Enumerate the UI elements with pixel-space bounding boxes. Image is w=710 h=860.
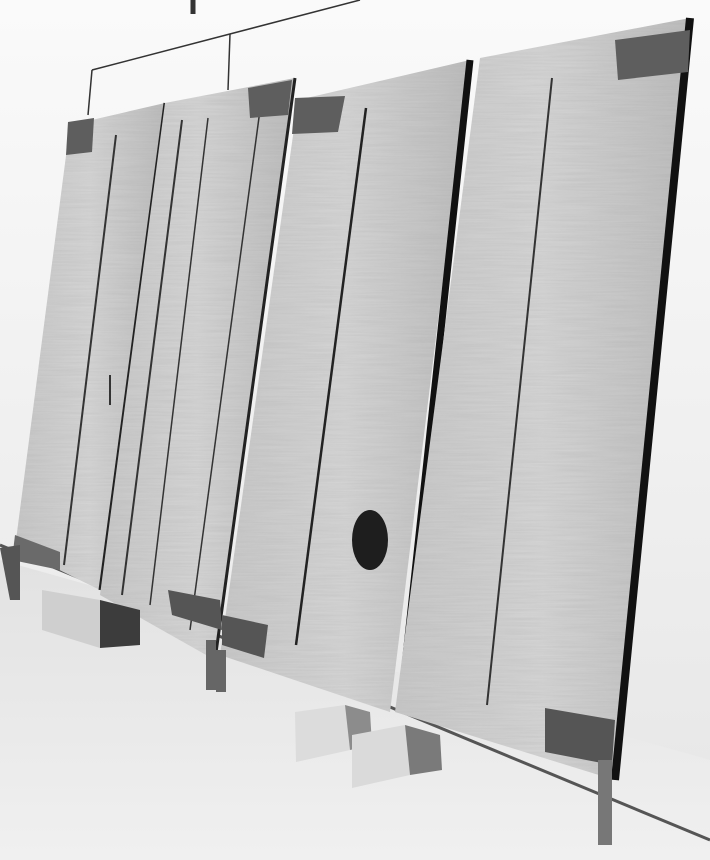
wood-knot xyxy=(352,510,388,570)
panel-leg xyxy=(598,760,612,845)
door-panels-photo xyxy=(0,0,710,860)
panel-leg xyxy=(206,640,216,690)
hinge-icon xyxy=(292,96,345,134)
photo-scene xyxy=(0,0,710,860)
panel-leg xyxy=(216,650,226,692)
hinge-icon xyxy=(66,118,94,155)
